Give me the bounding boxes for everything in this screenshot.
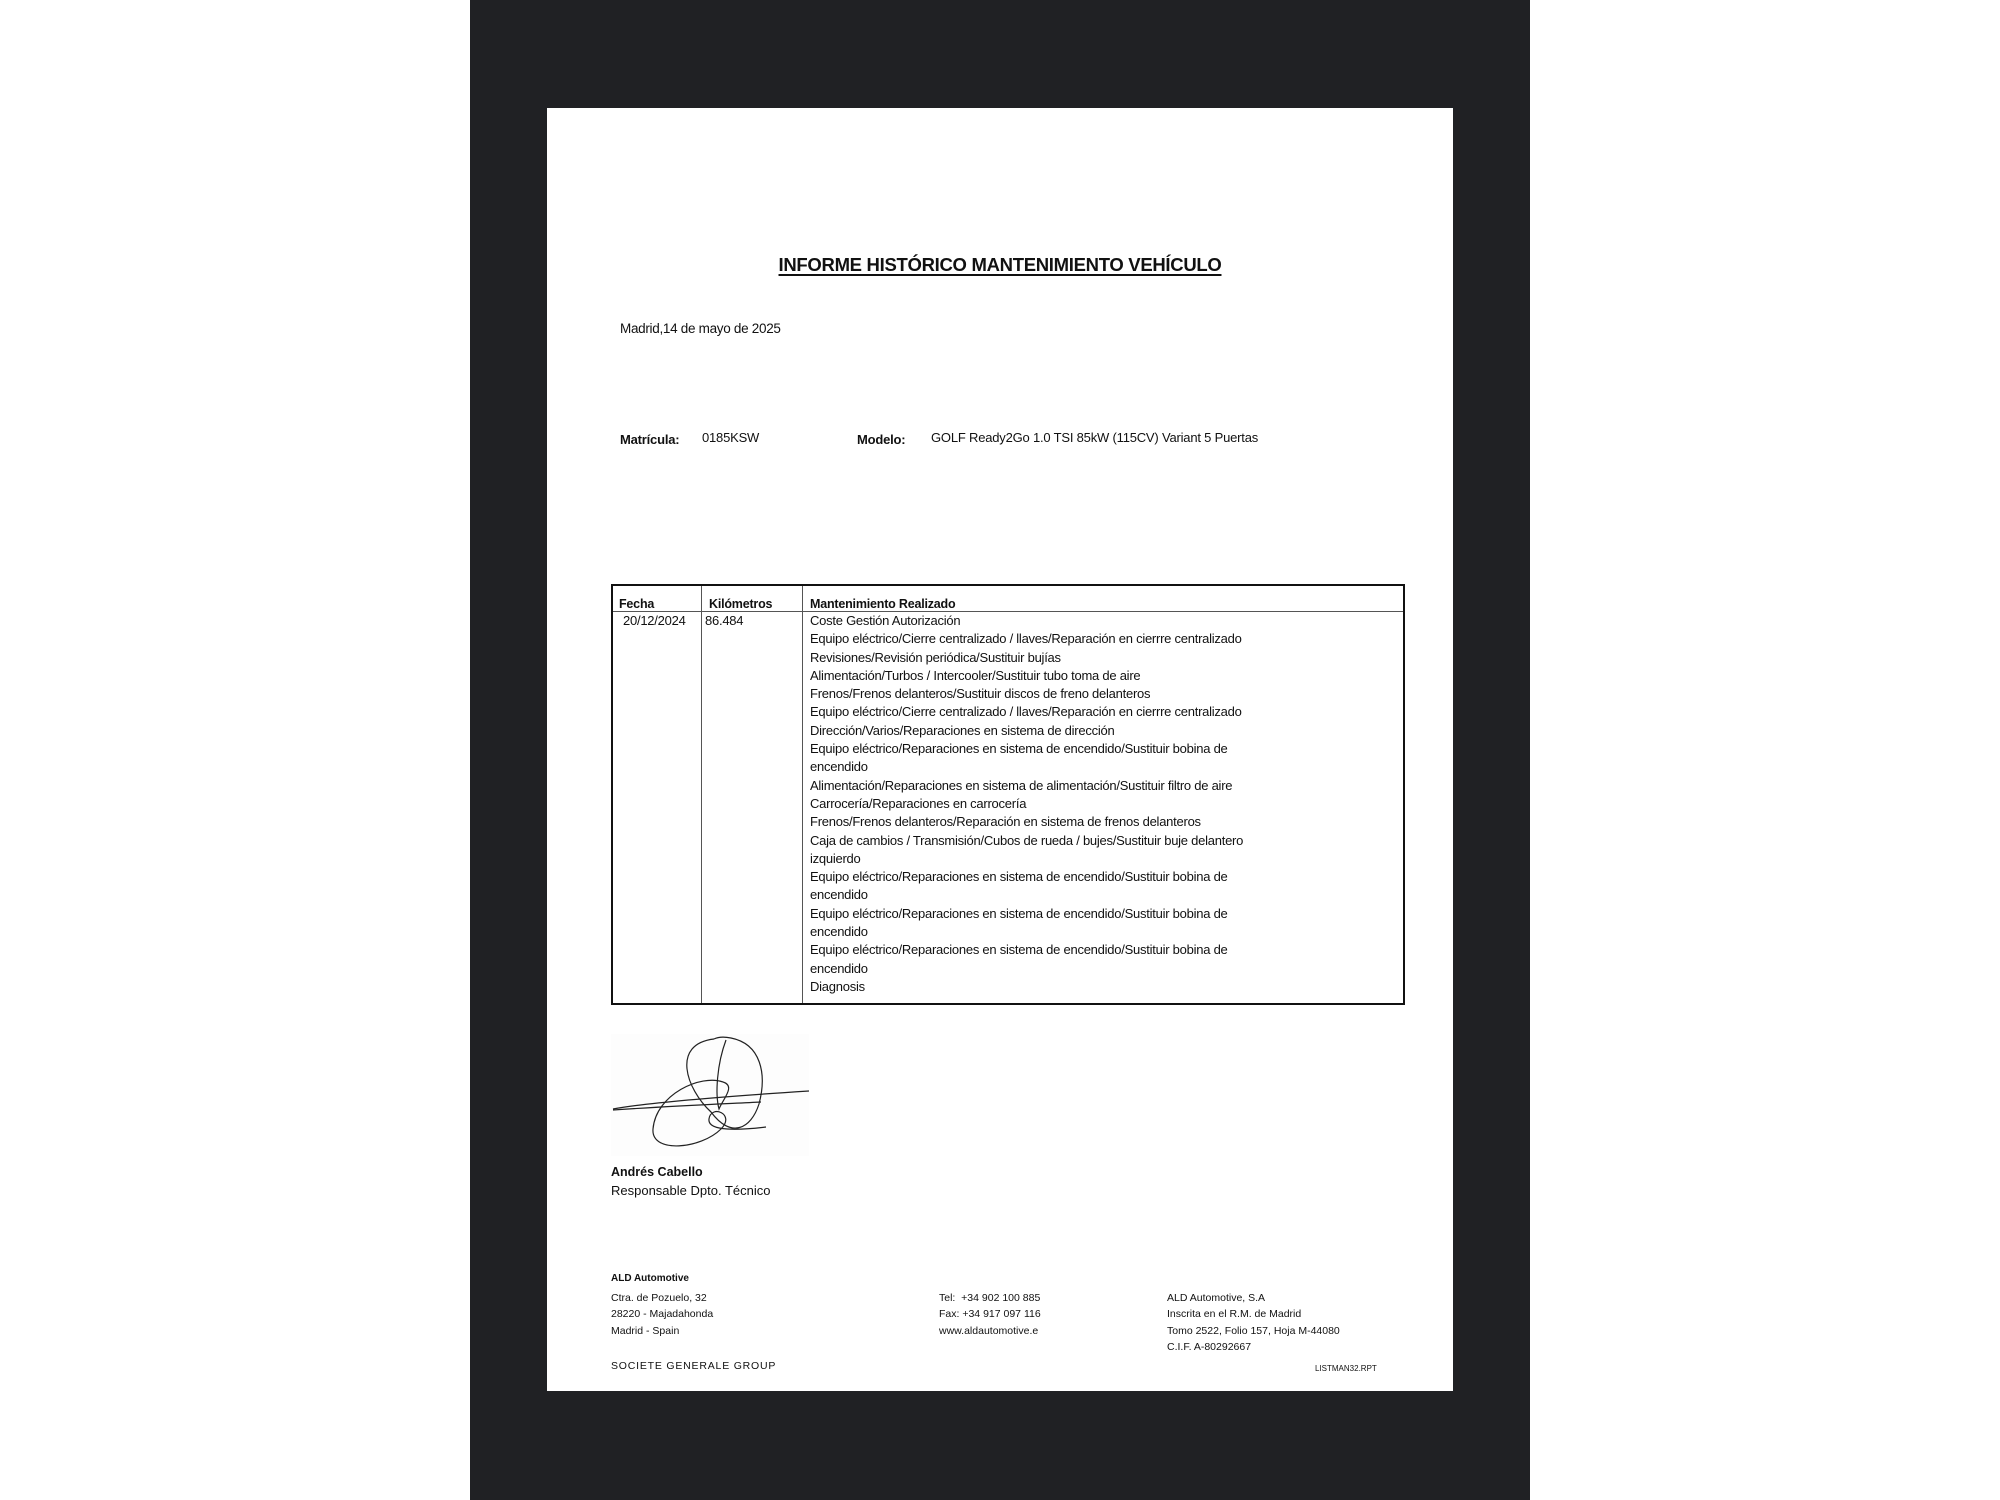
plate-label: Matrícula: (620, 432, 679, 447)
maintenance-item: Alimentación/Reparaciones en sistema de … (810, 777, 1330, 795)
report-title: INFORME HISTÓRICO MANTENIMIENTO VEHÍCULO (547, 254, 1453, 276)
footer-fax: Fax: +34 917 097 116 (939, 1306, 1041, 1322)
signer-role: Responsable Dpto. Técnico (611, 1183, 770, 1198)
maintenance-item: Equipo eléctrico/Reparaciones en sistema… (810, 868, 1330, 886)
maintenance-item: encendido (810, 960, 1330, 978)
maintenance-item: Equipo eléctrico/Cierre centralizado / l… (810, 703, 1330, 721)
report-place: Madrid, (620, 321, 663, 336)
signature-scribble-icon (611, 1034, 809, 1156)
footer-report-code: LISTMAN32.RPT (1315, 1364, 1377, 1373)
column-divider (802, 586, 803, 1003)
plate-value: 0185KSW (702, 430, 759, 445)
footer-phone: Tel: +34 902 100 885 (939, 1290, 1041, 1306)
footer-address: Ctra. de Pozuelo, 32 28220 - Majadahonda… (611, 1290, 713, 1339)
model-label: Modelo: (857, 432, 905, 447)
maintenance-item: Equipo eléctrico/Reparaciones en sistema… (810, 905, 1330, 923)
maintenance-item: Dirección/Varios/Reparaciones en sistema… (810, 722, 1330, 740)
maintenance-item: Revisiones/Revisión periódica/Sustituir … (810, 649, 1330, 667)
footer-company: ALD Automotive (611, 1273, 689, 1284)
footer-contact: Tel: +34 902 100 885 Fax: +34 917 097 11… (939, 1290, 1041, 1339)
maintenance-item: encendido (810, 886, 1330, 904)
maintenance-item: encendido (810, 758, 1330, 776)
footer-legal-line: C.I.F. A-80292667 (1167, 1339, 1340, 1355)
maintenance-item: Carrocería/Reparaciones en carrocería (810, 795, 1330, 813)
maintenance-item: Equipo eléctrico/Reparaciones en sistema… (810, 740, 1330, 758)
cell-mantenimiento-list: Coste Gestión AutorizaciónEquipo eléctri… (810, 612, 1330, 996)
maintenance-item: izquierdo (810, 850, 1330, 868)
signature-image (611, 1034, 809, 1156)
maintenance-item: Frenos/Frenos delanteros/Sustituir disco… (810, 685, 1330, 703)
model-value: GOLF Ready2Go 1.0 TSI 85kW (115CV) Varia… (931, 430, 1258, 445)
maintenance-table: Fecha Kilómetros Mantenimiento Realizado… (611, 584, 1405, 1005)
signer-name: Andrés Cabello (611, 1165, 703, 1179)
footer-address-line: Ctra. de Pozuelo, 32 (611, 1290, 713, 1306)
maintenance-item: Equipo eléctrico/Reparaciones en sistema… (810, 941, 1330, 959)
column-divider (701, 586, 702, 1003)
footer-address-line: 28220 - Majadahonda (611, 1306, 713, 1322)
report-date-line: Madrid,14 de mayo de 2025 (620, 321, 781, 336)
maintenance-item: Frenos/Frenos delanteros/Reparación en s… (810, 813, 1330, 831)
document-page: INFORME HISTÓRICO MANTENIMIENTO VEHÍCULO… (547, 108, 1453, 1391)
maintenance-item: Caja de cambios / Transmisión/Cubos de r… (810, 832, 1330, 850)
footer-legal-line: Inscrita en el R.M. de Madrid (1167, 1306, 1340, 1322)
column-header-fecha: Fecha (619, 597, 654, 611)
footer-legal: ALD Automotive, S.A Inscrita en el R.M. … (1167, 1290, 1340, 1355)
column-header-kilometros: Kilómetros (709, 597, 772, 611)
maintenance-item: Equipo eléctrico/Cierre centralizado / l… (810, 630, 1330, 648)
cell-kilometros: 86.484 (705, 612, 743, 630)
maintenance-item: encendido (810, 923, 1330, 941)
footer-group-logo: SOCIETE GENERALE GROUP (611, 1360, 776, 1372)
footer-address-line: Madrid - Spain (611, 1323, 713, 1339)
maintenance-item: Alimentación/Turbos / Intercooler/Sustit… (810, 667, 1330, 685)
maintenance-item: Coste Gestión Autorización (810, 612, 1330, 630)
footer-website-link[interactable]: www.aldautomotive.e (939, 1323, 1041, 1339)
footer-legal-line: Tomo 2522, Folio 157, Hoja M-44080 (1167, 1323, 1340, 1339)
footer-legal-line: ALD Automotive, S.A (1167, 1290, 1340, 1306)
report-date: 14 de mayo de 2025 (663, 321, 781, 336)
column-header-mantenimiento: Mantenimiento Realizado (810, 597, 955, 611)
maintenance-item: Diagnosis (810, 978, 1330, 996)
cell-fecha: 20/12/2024 (623, 612, 686, 630)
